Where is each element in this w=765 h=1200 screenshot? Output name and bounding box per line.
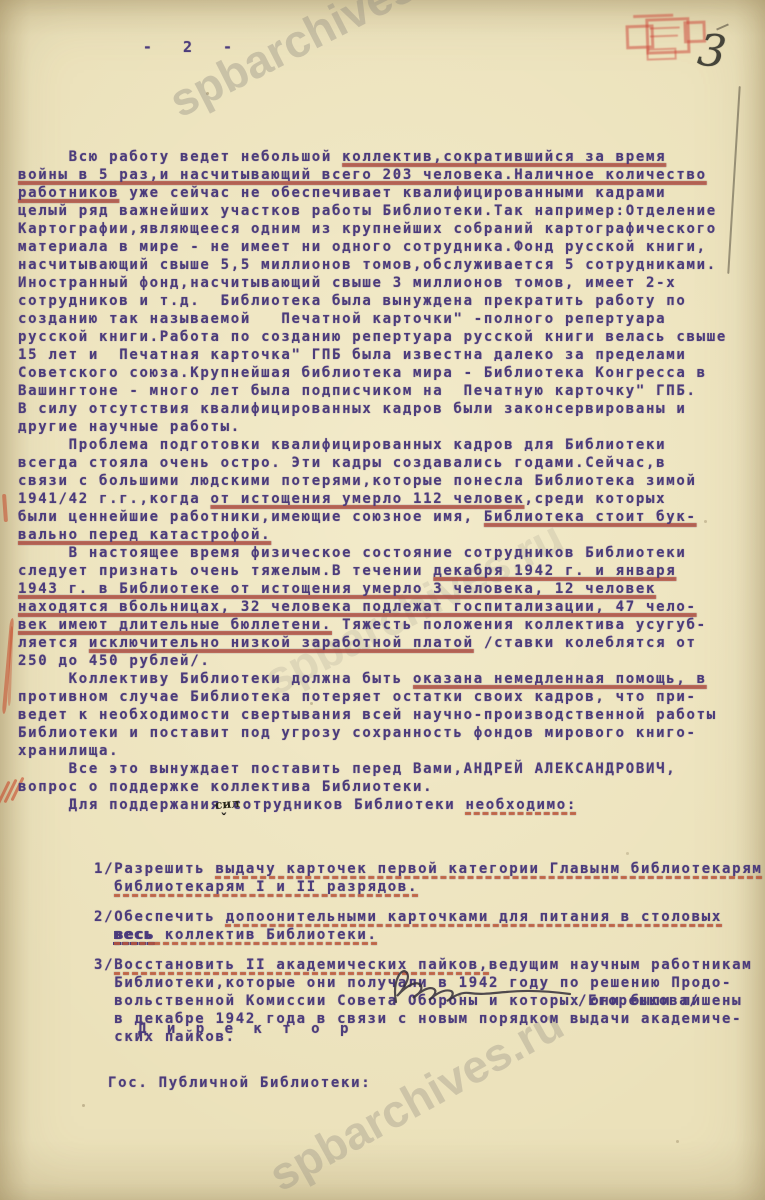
typed-paragraph: Для поддержанияˇсилсотрудников Библиотек… xyxy=(18,796,763,814)
typed-text: Проблема подготовки квалифицированных ка… xyxy=(18,437,666,453)
typed-text: сотрудников и т.д. Библиотека была вынуж… xyxy=(18,293,687,309)
typed-text: целый ряд важнейших участков работы Библ… xyxy=(18,203,717,219)
typed-line: находятся вбольницах, 32 человека подлеж… xyxy=(18,598,763,616)
typed-text: 15 лет и Печатная карточка" ГПБ была изв… xyxy=(18,347,687,363)
typed-line: Все это вынуждает поставить перед Вами,А… xyxy=(18,760,763,778)
typed-line: весь коллектив Библиотеки. xyxy=(94,926,763,944)
typed-text: ляется xyxy=(18,635,89,651)
typed-paragraph: Коллективу Библиотеки должна быть оказан… xyxy=(18,670,763,760)
typed-line: Библиотеки и поставит под угрозу сохранн… xyxy=(18,724,763,742)
typed-text: всегда стояла очень остро. Эти кадры соз… xyxy=(18,455,666,471)
typed-text: 250 до 450 рублей/. xyxy=(18,653,210,669)
typed-line: целый ряд важнейших участков работы Библ… xyxy=(18,202,763,220)
demand-item: 2/Обеспечить допоонительными карточками … xyxy=(94,908,763,944)
typed-line: другие научные работы. xyxy=(18,418,763,436)
typed-line: 1941/42 г.г.,когда от истощения умерло 1… xyxy=(18,490,763,508)
typed-line: В настоящее время физическое состояние с… xyxy=(18,544,763,562)
typed-text: связи с большими людскими потерями,котор… xyxy=(18,473,697,489)
scanned-document-page: spbarchives.ru spbarchives.ru spbarchive… xyxy=(0,0,765,1200)
underlined-text: коллектив,сократившийся за время xyxy=(342,149,666,165)
signature-name: /Егоренкова/ xyxy=(578,992,700,1010)
typed-body: Всю работу ведет небольшой коллектив,сок… xyxy=(18,112,763,1082)
paragraphs: Всю работу ведет небольшой коллектив,сок… xyxy=(18,148,763,814)
typed-text: уже сейчас не обеспечивает квалифицирова… xyxy=(119,185,666,201)
director-org: Гос. Публичной Библиотеки: xyxy=(108,1074,371,1092)
typed-text: Вашингтоне - много лет была подписчиком … xyxy=(18,383,697,399)
typed-paragraph: Проблема подготовки квалифицированных ка… xyxy=(18,436,763,544)
underlined-text: оказана немедленная помощь, в xyxy=(413,671,707,687)
typed-line: век имеют длительные бюллетени. Тяжесть … xyxy=(18,616,763,634)
underlined-text: выдачу карточек первой категории Главынм… xyxy=(216,861,763,877)
typed-line: созданию так называемой Печатной карточк… xyxy=(18,310,763,328)
underlined-text: 1943 г. в Библиотеке от истощения умерло… xyxy=(18,581,656,597)
typed-line: 1943 г. в Библиотеке от истощения умерло… xyxy=(18,580,763,598)
typed-text: Всю работу ведет небольшой xyxy=(18,149,342,165)
typed-text: Советского союза.Крупнейшая библиотека м… xyxy=(18,365,707,381)
typed-line: Для поддержанияˇсилсотрудников Библиотек… xyxy=(18,796,763,814)
typed-paragraph: Всю работу ведет небольшой коллектив,сок… xyxy=(18,148,763,436)
underlined-text: от истощения умерло 112 человек xyxy=(210,491,524,507)
typed-text: 2/Обеспечить xyxy=(94,909,226,925)
typed-line: В силу отсутствия квалифицированных кадр… xyxy=(18,400,763,418)
typed-text: Картографии,являющееся одним из крупнейш… xyxy=(18,221,717,237)
typed-text: /ставки колеблятся от xyxy=(474,635,697,651)
underlined-text: работников xyxy=(18,185,119,201)
typed-line: 250 до 450 рублей/. xyxy=(18,652,763,670)
paper-specks xyxy=(206,92,209,95)
underlined-text: весь xyxy=(114,927,155,943)
typed-text: созданию так называемой Печатной карточк… xyxy=(18,311,666,327)
typed-text: В силу отсутствия квалифицированных кадр… xyxy=(18,401,687,417)
underlined-text: Библиотека стоит бук- xyxy=(484,509,697,525)
typed-line: Всю работу ведет небольшой коллектив,сок… xyxy=(18,148,763,166)
typed-line: Коллективу Библиотеки должна быть оказан… xyxy=(18,670,763,688)
insertion-word: сил xyxy=(214,796,240,812)
typed-line: Советского союза.Крупнейшая библиотека м… xyxy=(18,364,763,382)
underlined-text: библиотекарям I и II разрядов. xyxy=(114,879,418,895)
archive-watermark: spbarchives.ru xyxy=(160,0,476,128)
typed-text: 3/ xyxy=(94,957,114,973)
typed-line: 1/Разрешить выдачу карточек первой катег… xyxy=(94,860,763,878)
director-title: Д и р е к т о р xyxy=(108,1020,371,1038)
typed-text xyxy=(94,879,114,895)
typed-line: ляется исключительно низкой заработной п… xyxy=(18,634,763,652)
page-number: - 2 - xyxy=(128,38,258,56)
handwritten-signature xyxy=(388,960,598,1016)
typed-line: 15 лет и Печатная карточка" ГПБ была изв… xyxy=(18,346,763,364)
underlined-text: исключительно низкой заработной платой xyxy=(89,635,474,651)
underlined-text: коллектив Библиотеки. xyxy=(155,927,378,943)
typed-text: Для поддержания xyxy=(18,797,221,813)
demand-item: 1/Разрешить выдачу карточек первой катег… xyxy=(94,860,763,896)
underlined-text: допоонительными карточками для питания в… xyxy=(226,909,722,925)
underlined-text: вально перед катастрофой. xyxy=(18,527,271,543)
typed-line: Иностранный фонд,насчитывающий свыше 3 м… xyxy=(18,274,763,292)
underlined-text: находятся вбольницах, 32 человека подлеж… xyxy=(18,599,697,615)
underlined-text: век имеют длительные бюллетени. xyxy=(18,617,332,633)
typed-line: 2/Обеспечить допоонительными карточками … xyxy=(94,908,763,926)
typed-text: материала в мире - не имеет ни одного со… xyxy=(18,239,707,255)
underlined-text: декабря 1942 г. и января xyxy=(433,563,676,579)
typed-text: 1941/42 г.г.,когда xyxy=(18,491,210,507)
typed-line: всегда стояла очень остро. Эти кадры соз… xyxy=(18,454,763,472)
typed-line: насчитывающий свыше 5,5 миллионов томов,… xyxy=(18,256,763,274)
typed-line: Проблема подготовки квалифицированных ка… xyxy=(18,436,763,454)
typed-text: другие научные работы. xyxy=(18,419,241,435)
typed-text: насчитывающий свыше 5,5 миллионов томов,… xyxy=(18,257,717,273)
insertion-caret-icon: ˇ xyxy=(221,811,228,829)
typed-line: работников уже сейчас не обеспечивает кв… xyxy=(18,184,763,202)
typed-line: библиотекарям I и II разрядов. xyxy=(94,878,763,896)
typed-text: вопрос о поддержке коллектива Библиотеки… xyxy=(18,779,433,795)
typed-text xyxy=(94,927,114,943)
typed-paragraph: В настоящее время физическое состояние с… xyxy=(18,544,763,670)
typed-text: 1/Разрешить xyxy=(94,861,216,877)
margin-red-tick xyxy=(2,494,8,522)
typed-line: вально перед катастрофой. xyxy=(18,526,763,544)
typed-line: были ценнейшие работники,имеющие союзное… xyxy=(18,508,763,526)
underlined-text: войны в 5 раз,и насчитывающий всего 203 … xyxy=(18,167,707,183)
typed-line: русской книги.Работа по созданию реперту… xyxy=(18,328,763,346)
typed-text: были ценнейшие работники,имеющие союзное… xyxy=(18,509,484,525)
typed-line: войны в 5 раз,и насчитывающий всего 203 … xyxy=(18,166,763,184)
typed-line: вопрос о поддержке коллектива Библиотеки… xyxy=(18,778,763,796)
typed-line: ведет к необходимости свертывания всей н… xyxy=(18,706,763,724)
typed-text: Библиотеки и поставит под угрозу сохранн… xyxy=(18,725,697,741)
typed-text: Все это вынуждает поставить перед Вами,А… xyxy=(18,761,676,777)
typed-line: следует признать очень тяжелым.В течении… xyxy=(18,562,763,580)
typed-text: Коллективу Библиотеки должна быть xyxy=(18,671,413,687)
typed-line: Картографии,являющееся одним из крупнейш… xyxy=(18,220,763,238)
typed-line: материала в мире - не имеет ни одного со… xyxy=(18,238,763,256)
typed-line: хранилища. xyxy=(18,742,763,760)
underlined-text: необходимо: xyxy=(466,797,577,813)
typed-text: сотрудников Библиотеки xyxy=(233,797,466,813)
typed-text: следует признать очень тяжелым.В течении xyxy=(18,563,433,579)
typed-line: связи с большими людскими потерями,котор… xyxy=(18,472,763,490)
typed-text: Иностранный фонд,насчитывающий свыше 3 м… xyxy=(18,275,676,291)
typed-text: хранилища. xyxy=(18,743,119,759)
typed-text: ведет к необходимости свертывания всей н… xyxy=(18,707,717,723)
typed-line: Вашингтоне - много лет была подписчиком … xyxy=(18,382,763,400)
red-stamp-icon xyxy=(625,13,705,66)
typed-line: противном случае Библиотека потеряет ост… xyxy=(18,688,763,706)
typed-line: сотрудников и т.д. Библиотека была вынуж… xyxy=(18,292,763,310)
typed-text: русской книги.Работа по созданию реперту… xyxy=(18,329,727,345)
signature-block: Д и р е к т о р Гос. Публичной Библиотек… xyxy=(108,984,371,1128)
margin-red-line xyxy=(2,618,14,714)
typed-paragraph: Все это вынуждает поставить перед Вами,А… xyxy=(18,760,763,796)
typed-text: противном случае Библиотека потеряет ост… xyxy=(18,689,697,705)
typed-text: ,среди которых xyxy=(524,491,666,507)
handwritten-folio-number: 3 xyxy=(695,24,729,78)
typed-text: Тяжесть положения коллектива усугуб- xyxy=(332,617,707,633)
typed-text: В настоящее время физическое состояние с… xyxy=(18,545,687,561)
